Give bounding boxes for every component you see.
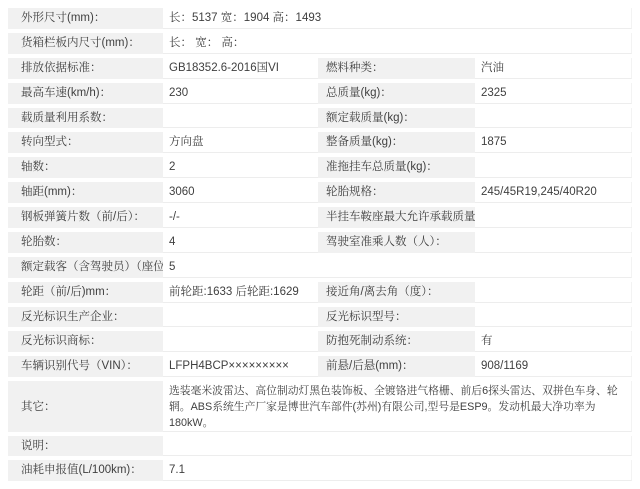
spec-label: 整备质量(kg)： (318, 132, 475, 153)
spec-label: 载质量利用系数： (8, 108, 163, 128)
spec-value (475, 157, 632, 178)
spec-value: 4 (163, 232, 318, 253)
table-row: 转向型式： 方向盘 整备质量(kg)： 1875 (8, 132, 632, 153)
vehicle-spec-table: 外形尺寸(mm)： 长：5137 宽：1904 高：1493 货箱栏板内尺寸(m… (0, 0, 640, 489)
spec-label: 转向型式： (8, 132, 163, 153)
spec-label: 排放依据标准： (8, 58, 163, 79)
spec-value: 2 (163, 157, 318, 178)
spec-label: 燃料种类： (318, 58, 475, 79)
spec-label: 轮胎数： (8, 232, 163, 253)
spec-value (163, 331, 318, 352)
spec-value: 1875 (475, 132, 632, 153)
spec-value: 方向盘 (163, 132, 318, 153)
spec-value: 3060 (163, 182, 318, 203)
spec-label: 反光标识型号： (318, 307, 475, 327)
spec-label: 反光标识商标： (8, 331, 163, 352)
spec-label: 驾驶室准乘人数（人）： (318, 232, 475, 253)
spec-label: 轮胎规格： (318, 182, 475, 203)
spec-label: 总质量(kg)： (318, 83, 475, 104)
spec-value: 230 (163, 83, 318, 104)
spec-value: 选装毫米波雷达、高位制动灯黑色装饰板、全镀铬进气格栅、前后6探头雷达、双拼色车身… (163, 381, 632, 432)
spec-value: LFPH4BCP××××××××× (163, 356, 318, 377)
table-row: 载质量利用系数： 额定载质量(kg)： (8, 108, 632, 128)
spec-value (475, 232, 632, 253)
spec-value (163, 108, 318, 128)
table-row: 反光标识商标： 防抱死制动系统： 有 (8, 331, 632, 352)
spec-label: 反光标识生产企业： (8, 307, 163, 327)
spec-label: 说明： (8, 436, 163, 456)
spec-value: -/- (163, 207, 318, 228)
spec-value: 长：5137 宽：1904 高：1493 (163, 8, 632, 29)
spec-value (475, 207, 632, 228)
spec-label: 其它： (8, 381, 163, 432)
table-row: 外形尺寸(mm)： 长：5137 宽：1904 高：1493 (8, 8, 632, 29)
spec-value (475, 307, 632, 327)
table-row: 轮距（前/后)mm： 前轮距:1633 后轮距:1629 接近角/离去角（度）： (8, 282, 632, 303)
spec-label: 外形尺寸(mm)： (8, 8, 163, 29)
spec-value (163, 307, 318, 327)
spec-value: GB18352.6-2016国VI (163, 58, 318, 79)
table-row: 其它： 选装毫米波雷达、高位制动灯黑色装饰板、全镀铬进气格栅、前后6探头雷达、双… (8, 381, 632, 432)
spec-label: 轴数： (8, 157, 163, 178)
table-row: 说明： (8, 436, 632, 456)
table-row: 货箱栏板内尺寸(mm)： 长： 宽： 高： (8, 33, 632, 54)
spec-label: 防抱死制动系统： (318, 331, 475, 352)
spec-label: 额定载质量(kg)： (318, 108, 475, 128)
table-row: 油耗申报值(L/100km)： 7.1 (8, 460, 632, 481)
table-row: 排放依据标准： GB18352.6-2016国VI 燃料种类： 汽油 (8, 58, 632, 79)
spec-value: 908/1169 (475, 356, 632, 377)
spec-label: 轴距(mm)： (8, 182, 163, 203)
table-row: 轴数： 2 准拖挂车总质量(kg)： (8, 157, 632, 178)
table-row: 车辆识别代号（VIN）： LFPH4BCP××××××××× 前悬/后悬(mm)… (8, 356, 632, 377)
spec-value: 2325 (475, 83, 632, 104)
spec-value (475, 108, 632, 128)
spec-label: 前悬/后悬(mm)： (318, 356, 475, 377)
table-row: 额定载客（含驾驶员）（座位数）： 5 (8, 257, 632, 278)
spec-label: 半挂车鞍座最大允许承载质量(kg)： (318, 207, 475, 228)
spec-label: 油耗申报值(L/100km)： (8, 460, 163, 481)
spec-value: 长： 宽： 高： (163, 33, 632, 54)
table-row: 轮胎数： 4 驾驶室准乘人数（人）： (8, 232, 632, 253)
spec-label: 车辆识别代号（VIN）： (8, 356, 163, 377)
spec-value: 汽油 (475, 58, 632, 79)
spec-value: 245/45R19,245/40R20 (475, 182, 632, 203)
spec-value: 有 (475, 331, 632, 352)
spec-label: 接近角/离去角（度）： (318, 282, 475, 303)
spec-label: 轮距（前/后)mm： (8, 282, 163, 303)
spec-label: 额定载客（含驾驶员）（座位数）： (8, 257, 163, 278)
spec-label: 货箱栏板内尺寸(mm)： (8, 33, 163, 54)
table-row: 钢板弹簧片数（前/后）： -/- 半挂车鞍座最大允许承载质量(kg)： (8, 207, 632, 228)
spec-value: 7.1 (163, 460, 632, 481)
spec-value (163, 436, 632, 456)
spec-value: 前轮距:1633 后轮距:1629 (163, 282, 318, 303)
spec-label: 最高车速(km/h)： (8, 83, 163, 104)
table-row: 轴距(mm)： 3060 轮胎规格： 245/45R19,245/40R20 (8, 182, 632, 203)
spec-label: 准拖挂车总质量(kg)： (318, 157, 475, 178)
table-row: 最高车速(km/h)： 230 总质量(kg)： 2325 (8, 83, 632, 104)
spec-value: 5 (163, 257, 632, 278)
spec-value (475, 282, 632, 303)
spec-label: 钢板弹簧片数（前/后）： (8, 207, 163, 228)
table-row: 反光标识生产企业： 反光标识型号： (8, 307, 632, 327)
